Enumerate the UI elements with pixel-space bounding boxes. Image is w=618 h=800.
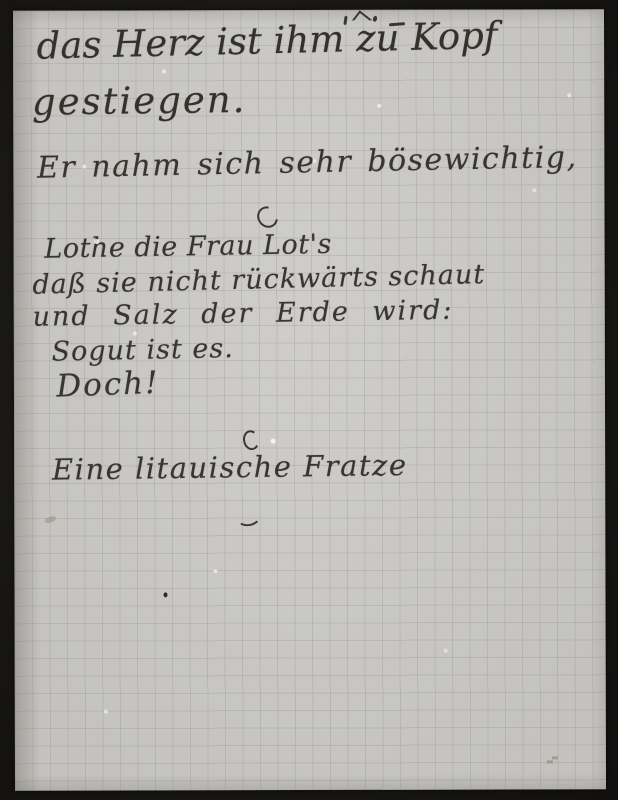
insertion-arc-below [235,507,261,528]
pencil-notation-mark [547,756,559,764]
handwritten-line-2: gestiegen. [32,78,247,124]
handwritten-line-3: Er nahm sich sehr bösewichtig, [37,140,578,186]
ink-smudge [44,515,57,525]
handwritten-line-8: Doch! [56,365,161,405]
stray-ink-dot [164,592,168,597]
paper-speckles [13,11,15,13]
handwritten-line-6: und Salz der Erde wird: [32,295,453,333]
manuscript-page: das Herz ist ihm zu Kopf gestiegen. Er n… [13,9,606,791]
breve-arc-frau [253,202,282,232]
photograph-backdrop: das Herz ist ihm zu Kopf gestiegen. Er n… [0,0,618,800]
handwritten-line-4: Lothe die Frau Lot's [44,229,332,265]
handwritten-line-1: das Herz ist ihm zu Kopf [36,14,498,68]
handwritten-line-7: Sogut ist es. [51,333,234,368]
insertion-arc-above [241,429,261,452]
handwritten-line-9: Eine litauische Fratze [52,448,408,487]
